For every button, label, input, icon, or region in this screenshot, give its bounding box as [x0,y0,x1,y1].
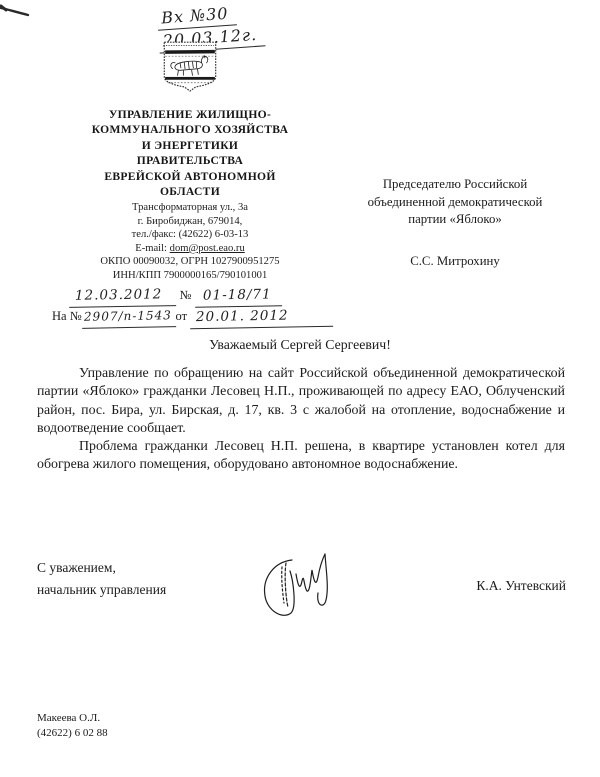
executor-phone: (42622) 6 02 88 [37,726,108,741]
incoming-date: 20.01. 2012 [190,306,333,329]
email-line: E-mail: dom@post.eao.ru [58,242,322,256]
email-label: E-mail: [135,243,167,254]
coat-of-arms-icon [161,39,219,95]
body-paragraph-1: Управление по обращению на сайт Российск… [37,365,565,438]
email-address: dom@post.eao.ru [170,243,245,254]
executor-block: Макеева О.Л. (42622) 6 02 88 [37,711,108,741]
letter-body: Управление по обращению на сайт Российск… [37,365,565,475]
signatory-name: К.А. Унтевский [430,578,566,594]
incoming-reference: На №2907/п-1543от 20.01. 2012 [52,307,333,328]
scanned-letter-page: Вх №30 20.03.12г. УПРАВЛЕНИЕ ЖИЛИЩНО- [0,0,600,777]
incoming-label: На № [52,309,82,323]
from-label: от [176,309,188,323]
org-line: ПРАВИТЕЛЬСТВА [58,153,322,168]
phone-fax: тел./факс: (42622) 6-03-13 [58,228,322,242]
addressee-line: Председателю Российской [328,176,582,194]
org-line: УПРАВЛЕНИЕ ЖИЛИЩНО- [58,107,322,122]
addressee-name: С.С. Митрохину [328,253,582,271]
reference-block: 12.03.2012 № 01-18/71 На №2907/п-1543от … [52,286,333,328]
handwritten-signature [252,546,356,626]
closing-line: С уважением, [37,557,166,579]
street-address: Трансформаторная ул., 3а [58,201,322,215]
okpo-ogrn: ОКПО 00090032, ОГРН 1027900951275 [58,255,322,269]
org-line: КОММУНАЛЬНОГО ХОЗЯЙСТВА [58,122,322,137]
inn-kpp: ИНН/КПП 7900000165/790101001 [58,269,322,283]
organization-name: УПРАВЛЕНИЕ ЖИЛИЩНО- КОММУНАЛЬНОГО ХОЗЯЙС… [58,107,322,199]
addressee-block: Председателю Российской объединенной дем… [328,176,582,270]
salutation: Уважаемый Сергей Сергеевич! [0,337,600,353]
closing-block: С уважением, начальник управления [37,557,166,601]
org-line: ОБЛАСТИ [58,184,322,199]
addressee-line: партии «Яблоко» [328,211,582,229]
org-line: И ЭНЕРГЕТИКИ [58,138,322,153]
number-sign: № [180,288,192,302]
organization-requisites: Трансформаторная ул., 3а г. Биробиджан, … [58,201,322,283]
outgoing-reference: 12.03.2012 № 01-18/71 [52,286,333,307]
org-line: ЕВРЕЙСКОЙ АВТОНОМНОЙ [58,169,322,184]
closing-line: начальник управления [37,579,166,601]
executor-name: Макеева О.Л. [37,711,108,726]
body-paragraph-2: Проблема гражданки Лесовец Н.П. решена, … [37,438,565,475]
incoming-number: 2907/п-1543 [81,306,175,329]
outgoing-date: 12.03.2012 [69,285,177,308]
city-address: г. Биробиджан, 679014, [58,215,322,229]
addressee-line: объединенной демократической [328,194,582,212]
pen-mark [0,2,34,22]
outgoing-number: 01-18/71 [194,285,281,308]
